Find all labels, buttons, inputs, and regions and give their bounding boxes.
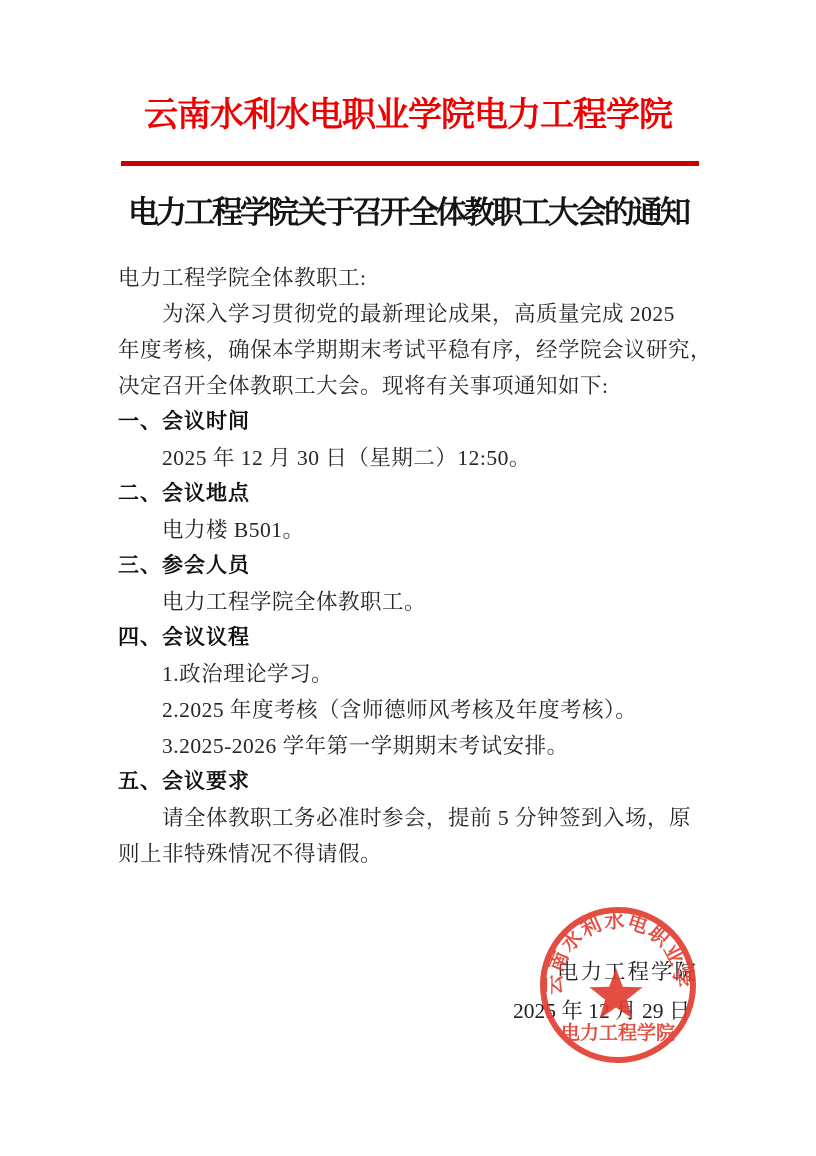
notice-line: 2.2025 年度考核（含师德师风考核及年度考核）。 [118,692,704,728]
notice-line: 电力工程学院全体教职工。 [118,584,704,620]
notice-section-heading: 三、参会人员 [118,548,704,584]
seal-star-icon [589,968,642,1019]
notice-body: 电力工程学院全体教职工: 为深入学习贯彻党的最新理论成果，高质量完成 2025 … [118,260,704,872]
notice-document-page: 云南水利水电职业学院电力工程学院 电力工程学院关于召开全体教职工大会的通知 电力… [0,0,816,1156]
organization-title: 云南水利水电职业学院电力工程学院 [0,96,816,136]
notice-line: 则上非特殊情况不得请假。 [118,836,704,872]
notice-line: 2025 年 12 月 30 日（星期二）12:50。 [118,440,704,476]
notice-section-heading: 一、会议时间 [118,404,704,440]
notice-line: 决定召开全体教职工大会。现将有关事项通知如下: [118,368,704,404]
notice-title: 电力工程学院关于召开全体教职工大会的通知 [0,194,816,232]
notice-section-heading: 四、会议议程 [118,620,704,656]
header-divider [121,161,699,166]
seal-center-label: 电力工程学院 [561,1021,675,1044]
notice-line: 3.2025-2026 学年第一学期期末考试安排。 [118,728,704,764]
notice-line: 为深入学习贯彻党的最新理论成果，高质量完成 2025 [118,296,704,332]
official-seal-stamp: 云南水利水电职业学院 电力工程学院 [538,906,700,1066]
notice-section-heading: 二、会议地点 [118,476,704,512]
notice-section-heading: 五、会议要求 [118,764,704,800]
notice-line: 1.政治理论学习。 [118,656,704,692]
notice-line: 请全体教职工务必准时参会，提前 5 分钟签到入场，原 [118,800,704,836]
notice-line: 电力楼 B501。 [118,512,704,548]
notice-line: 年度考核，确保本学期期末考试平稳有序，经学院会议研究， [118,332,704,368]
notice-line: 电力工程学院全体教职工: [118,260,704,296]
